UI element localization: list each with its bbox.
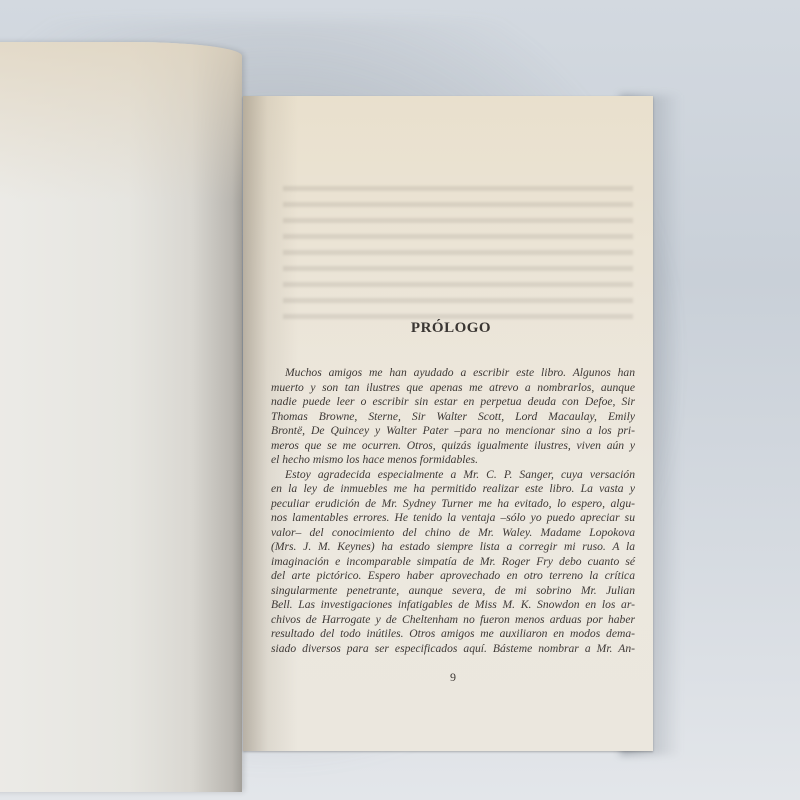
text-line: siado diversos para ser especificados aq… <box>271 642 635 657</box>
left-page <box>0 42 242 792</box>
bleed-line <box>0 459 200 473</box>
bleed-line <box>0 487 200 501</box>
text-line: singularmente penetrante, aunque severa,… <box>271 584 635 599</box>
text-line: valor– del conocimiento del chino de Mr.… <box>271 526 635 541</box>
text-line: Thomas Browne, Sterne, Sir Walter Scott,… <box>271 410 635 425</box>
right-page: PRÓLOGO Muchos amigos me han ayudado a e… <box>243 96 653 751</box>
text-line: Muchos amigos me han ayudado a escribir … <box>271 366 635 381</box>
bleed-line <box>0 417 200 431</box>
left-page-bleed-through <box>0 417 200 501</box>
photo-scene: PRÓLOGO Muchos amigos me han ayudado a e… <box>0 0 800 800</box>
text-line: muerto y son tan ilustres que apenas me … <box>271 381 635 396</box>
text-line: nadie puede leer o escribir sin estar en… <box>271 395 635 410</box>
bleed-through-lines <box>283 184 633 324</box>
paragraph-2: Estoy agradecida especialmente a Mr. C. … <box>271 468 635 657</box>
text-line: (Mrs. J. M. Keynes) ha estado siempre li… <box>271 540 635 555</box>
prologue-text: Muchos amigos me han ayudado a escribir … <box>271 366 635 656</box>
paragraph-1: Muchos amigos me han ayudado a escribir … <box>271 366 635 468</box>
text-line: el hecho mismo los hace menos formidable… <box>271 453 635 468</box>
bleed-line <box>0 473 200 487</box>
text-line: chivos de Harrogate y de Cheltenham no f… <box>271 613 635 628</box>
text-line: en la ley de inmuebles me ha permitido r… <box>271 482 635 497</box>
text-line: Brontë, De Quincey y Walter Pater –para … <box>271 424 635 439</box>
text-line: Bell. Las investigaciones infatigables d… <box>271 598 635 613</box>
bleed-through-text <box>283 184 633 330</box>
bleed-line <box>0 445 200 459</box>
left-page-tint <box>0 42 242 202</box>
text-line: del arte pictórico. Espero haber aprovec… <box>271 569 635 584</box>
text-line: nos lamentables errores. He tenido la ve… <box>271 511 635 526</box>
text-line: resultado del todo inútiles. Otros amigo… <box>271 627 635 642</box>
page-number: 9 <box>271 670 635 685</box>
bleed-line <box>0 431 200 445</box>
text-line: Estoy agradecida especialmente a Mr. C. … <box>271 468 635 483</box>
text-line: peculiar erudición de Mr. Sydney Turner … <box>271 497 635 512</box>
text-line: imaginación e incomparable simpatía de M… <box>271 555 635 570</box>
text-line: meros que se me ocurren. Otros, quizás i… <box>271 439 635 454</box>
chapter-title: PRÓLOGO <box>271 320 631 337</box>
